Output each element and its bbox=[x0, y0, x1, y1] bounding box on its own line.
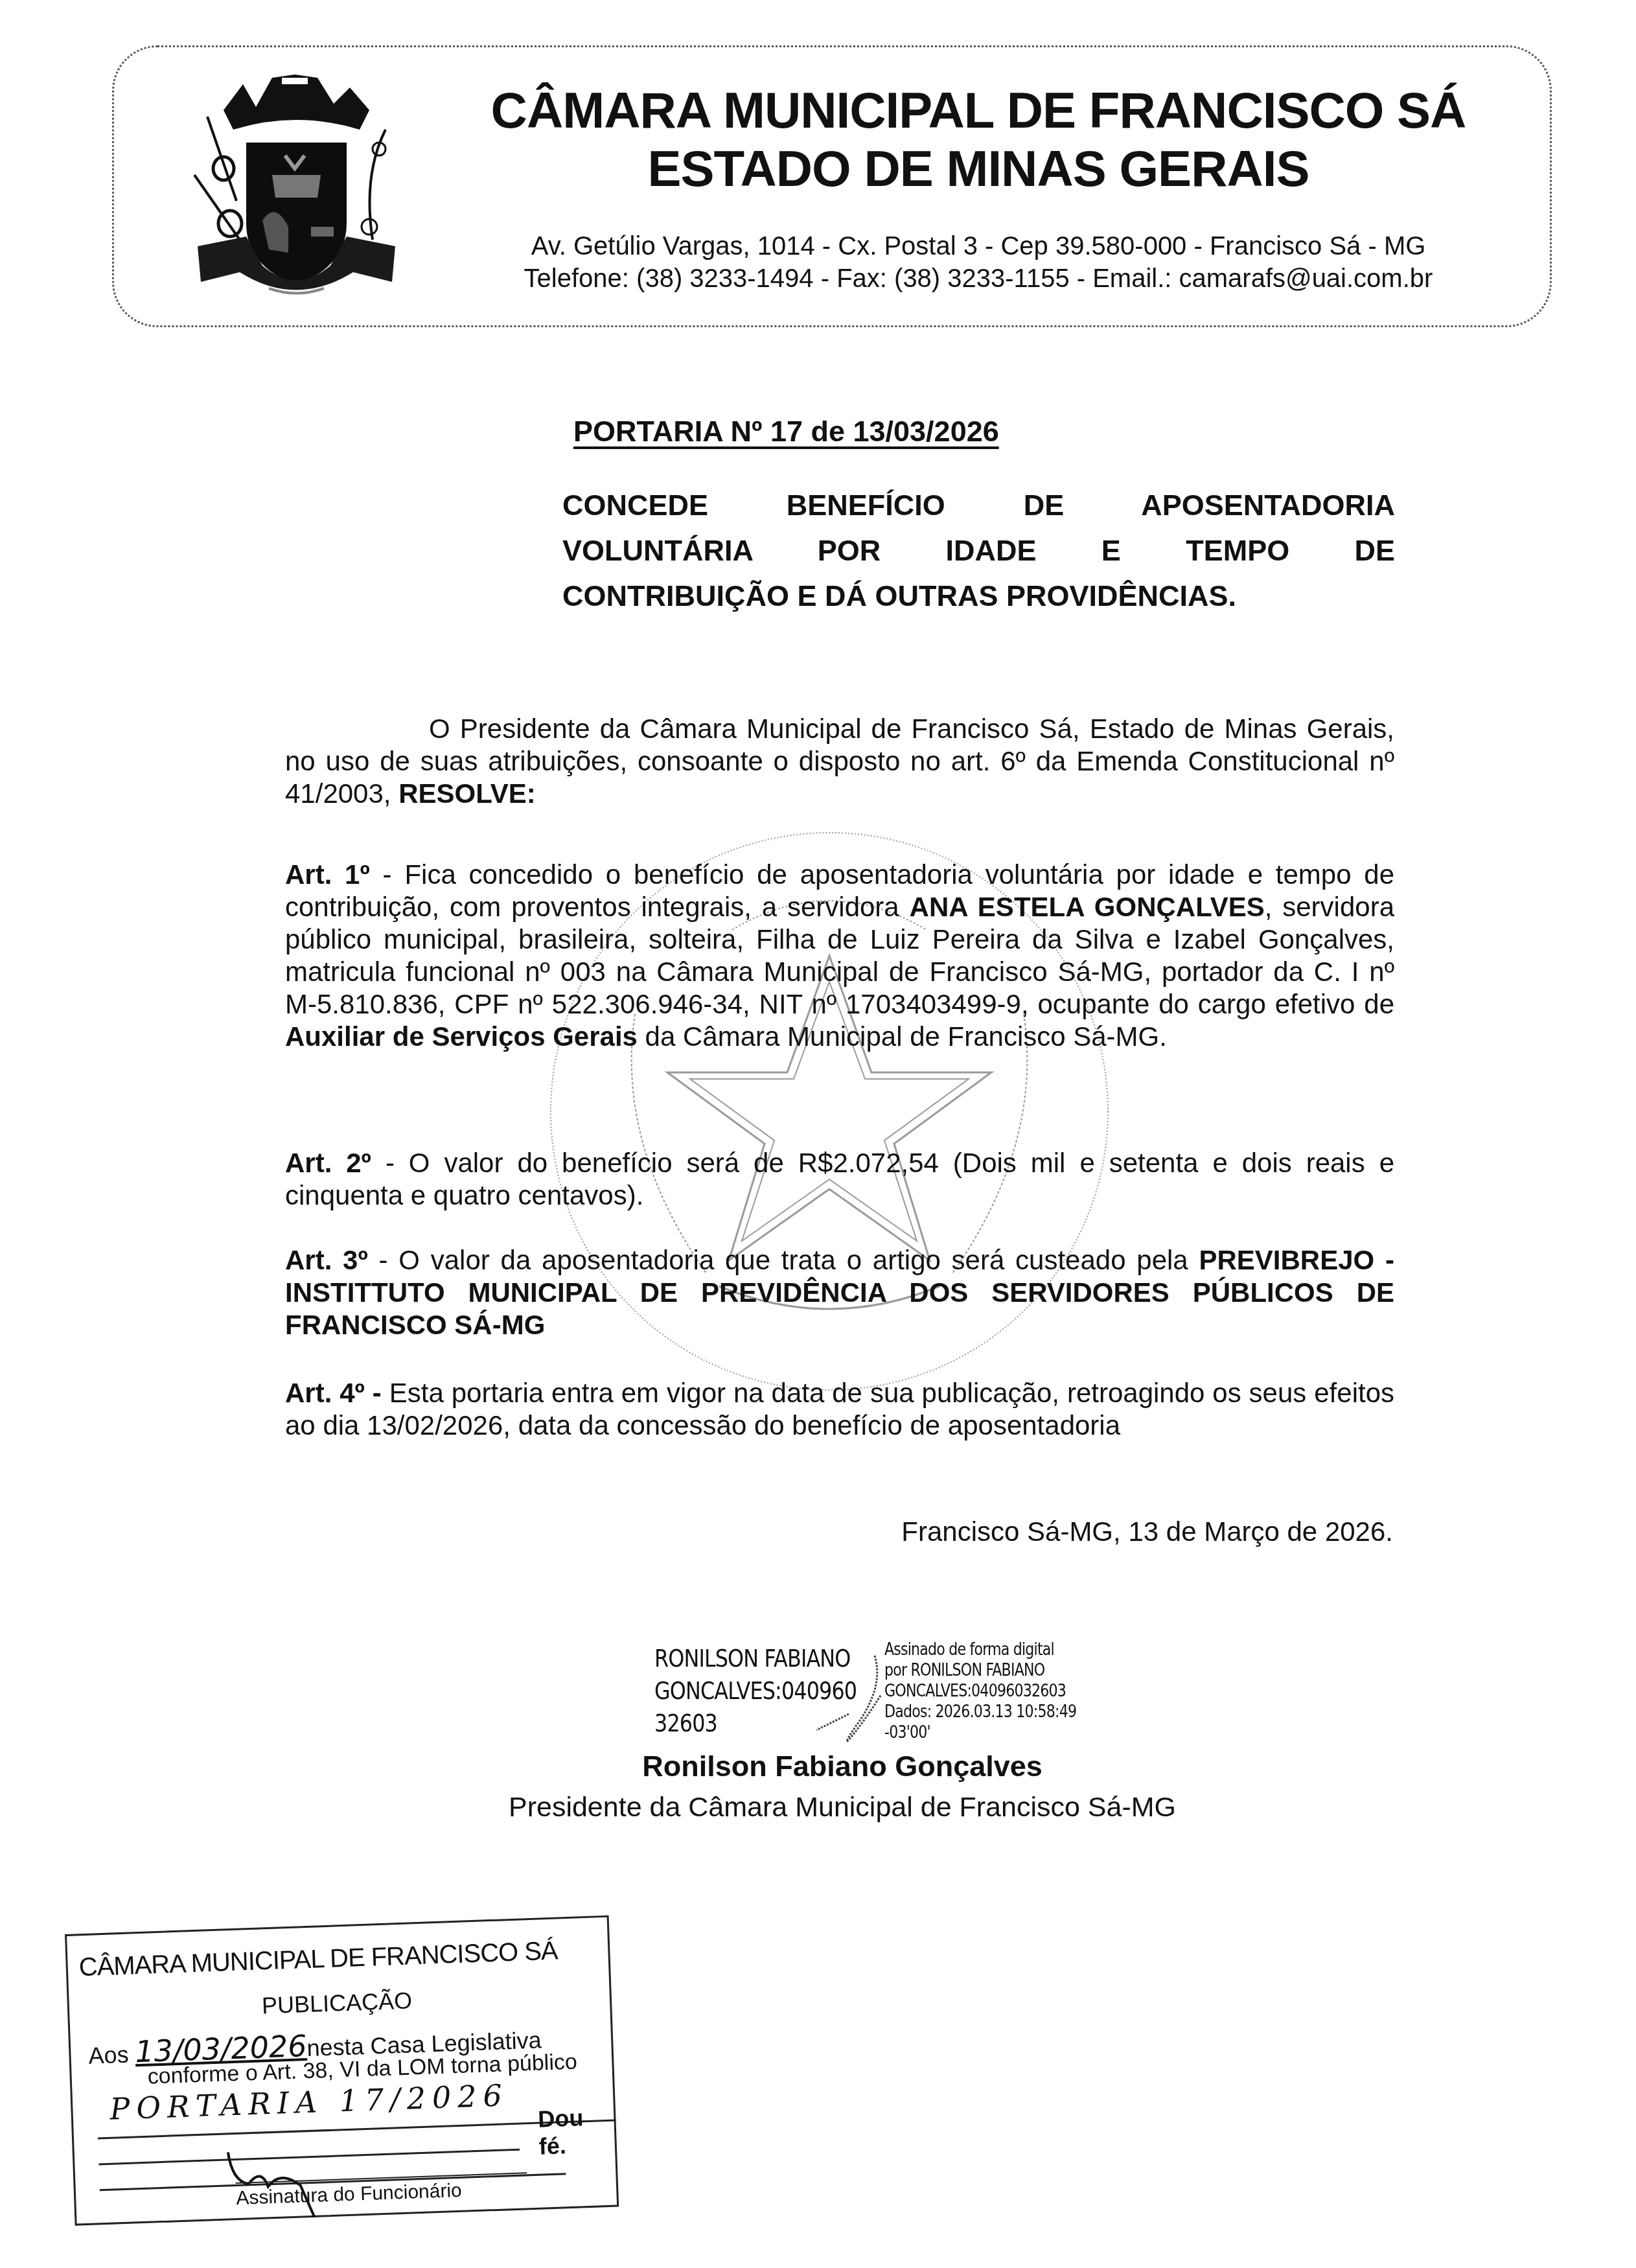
article-3: Art. 3º - O valor da aposentadoria que t… bbox=[285, 1244, 1394, 1341]
article-label: Art. 2º bbox=[285, 1148, 371, 1178]
ementa-line: CONTRIBUIÇÃO E DÁ OUTRAS PROVIDÊNCIAS. bbox=[562, 573, 1395, 619]
article-label: Art. 3º bbox=[285, 1245, 368, 1275]
handwritten-signature-icon bbox=[803, 1649, 894, 1753]
coat-of-arms-icon bbox=[185, 71, 408, 305]
article-text: - O valor do benefício será de R$2.072,5… bbox=[285, 1148, 1394, 1210]
digital-sig-line: -03'00' bbox=[884, 1722, 1076, 1743]
article-2: Art. 2º - O valor do benefício será de R… bbox=[285, 1147, 1394, 1212]
chamber-title: CÂMARA MUNICIPAL DE FRANCISCO SÁ bbox=[415, 81, 1542, 139]
article-label: Art. 1º bbox=[285, 859, 370, 890]
dou-fe-label: Dou fé. bbox=[538, 2103, 617, 2160]
signatory-name: Ronilson Fabiano Gonçalves bbox=[0, 1750, 1636, 1783]
digital-sig-line: Assinado de forma digital bbox=[884, 1639, 1076, 1660]
stamp-subtitle: PUBLICAÇÃO bbox=[261, 1987, 412, 2019]
article-text: da Câmara Municipal de Francisco Sá-MG. bbox=[638, 1021, 1167, 1052]
digital-sig-line: GONCALVES:04096032603 bbox=[884, 1681, 1076, 1702]
resolve-keyword: RESOLVE: bbox=[398, 778, 536, 809]
ementa-line: CONCEDE BENEFÍCIO DE APOSENTADORIA bbox=[562, 483, 1395, 528]
article-label: Art. 4º - bbox=[285, 1378, 382, 1408]
document-number-heading: PORTARIA Nº 17 de 13/03/2026 bbox=[573, 415, 999, 448]
article-1: Art. 1º - Fica concedido o benefício de … bbox=[285, 859, 1394, 1053]
signatory-role: Presidente da Câmara Municipal de Franci… bbox=[0, 1792, 1636, 1823]
article-4: Art. 4º - Esta portaria entra em vigor n… bbox=[285, 1377, 1394, 1442]
ementa-line: VOLUNTÁRIA POR IDADE E TEMPO DE bbox=[562, 528, 1395, 573]
aos-label: Aos bbox=[88, 2041, 129, 2069]
article-text: Esta portaria entra em vigor na data de … bbox=[285, 1378, 1394, 1441]
contact-line: Telefone: (38) 3233-1494 - Fax: (38) 323… bbox=[415, 262, 1542, 295]
article-text: - O valor da aposentadoria que trata o a… bbox=[368, 1245, 1199, 1275]
beneficiary-name: ANA ESTELA GONÇALVES bbox=[910, 892, 1265, 922]
job-title: Auxiliar de Serviços Gerais bbox=[285, 1021, 638, 1052]
digital-signature-stamp: Assinado de forma digital por RONILSON F… bbox=[884, 1639, 1076, 1743]
digital-sig-line: por RONILSON FABIANO bbox=[884, 1660, 1076, 1681]
place-and-date: Francisco Sá-MG, 13 de Março de 2026. bbox=[901, 1516, 1393, 1547]
digital-sig-line: Dados: 2026.03.13 10:58:49 bbox=[884, 1702, 1076, 1722]
state-title: ESTADO DE MINAS GERAIS bbox=[415, 139, 1542, 198]
document-ementa: CONCEDE BENEFÍCIO DE APOSENTADORIA VOLUN… bbox=[562, 483, 1395, 619]
publication-stamp: CÂMARA MUNICIPAL DE FRANCISCO SÁ PUBLICA… bbox=[65, 1915, 619, 2229]
preamble-paragraph: O Presidente da Câmara Municipal de Fran… bbox=[285, 713, 1394, 810]
address-line: Av. Getúlio Vargas, 1014 - Cx. Postal 3 … bbox=[415, 230, 1542, 262]
